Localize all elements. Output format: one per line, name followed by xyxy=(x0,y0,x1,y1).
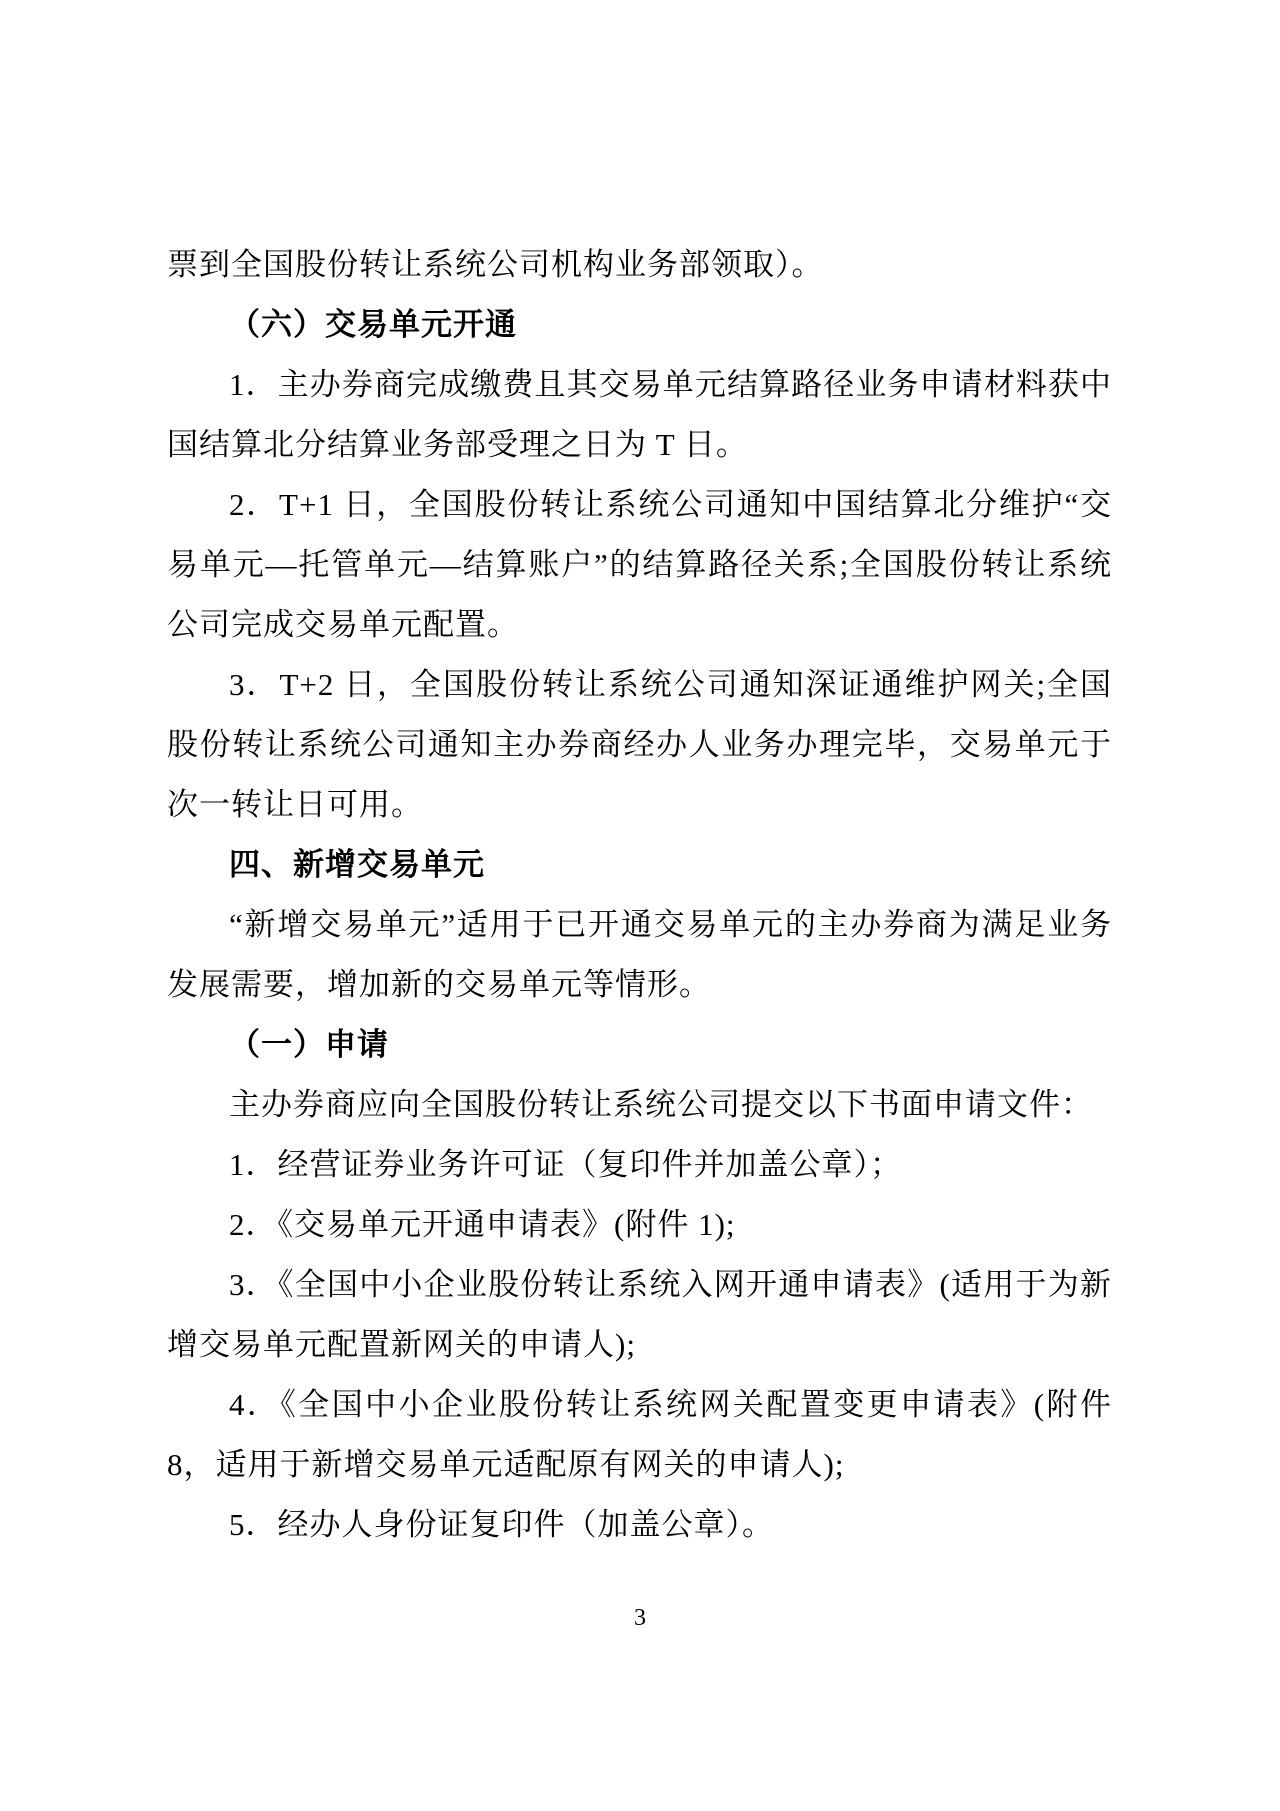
paragraph: 票到全国股份转让系统公司机构业务部领取）。 xyxy=(167,235,1112,295)
document-page: 票到全国股份转让系统公司机构业务部领取）。（六）交易单元开通1．主办券商完成缴费… xyxy=(0,0,1280,1811)
paragraph: 1．主办券商完成缴费且其交易单元结算路径业务申请材料获中国结算北分结算业务部受理… xyxy=(167,355,1112,475)
paragraph: 主办券商应向全国股份转让系统公司提交以下书面申请文件： xyxy=(167,1075,1112,1135)
section-heading: （六）交易单元开通 xyxy=(167,295,1112,355)
section-heading: （一）申请 xyxy=(167,1015,1112,1075)
paragraph: “新增交易单元”适用于已开通交易单元的主办券商为满足业务发展需要，增加新的交易单… xyxy=(167,895,1112,1015)
paragraph: 3．T+2 日，全国股份转让系统公司通知深证通维护网关;全国股份转让系统公司通知… xyxy=(167,655,1112,835)
section-heading: 四、新增交易单元 xyxy=(167,835,1112,895)
paragraph: 4．《全国中小企业股份转让系统网关配置变更申请表》(附件 8，适用于新增交易单元… xyxy=(167,1375,1112,1495)
page-number: 3 xyxy=(0,1603,1280,1633)
paragraph: 3．《全国中小企业股份转让系统入网开通申请表》(适用于为新增交易单元配置新网关的… xyxy=(167,1255,1112,1375)
paragraph: 2．T+1 日，全国股份转让系统公司通知中国结算北分维护“交易单元—托管单元—结… xyxy=(167,475,1112,655)
paragraph: 1．经营证券业务许可证（复印件并加盖公章）； xyxy=(167,1135,1112,1195)
paragraph: 5．经办人身份证复印件（加盖公章）。 xyxy=(167,1495,1112,1555)
paragraph: 2．《交易单元开通申请表》(附件 1); xyxy=(167,1195,1112,1255)
document-body: 票到全国股份转让系统公司机构业务部领取）。（六）交易单元开通1．主办券商完成缴费… xyxy=(167,235,1112,1555)
